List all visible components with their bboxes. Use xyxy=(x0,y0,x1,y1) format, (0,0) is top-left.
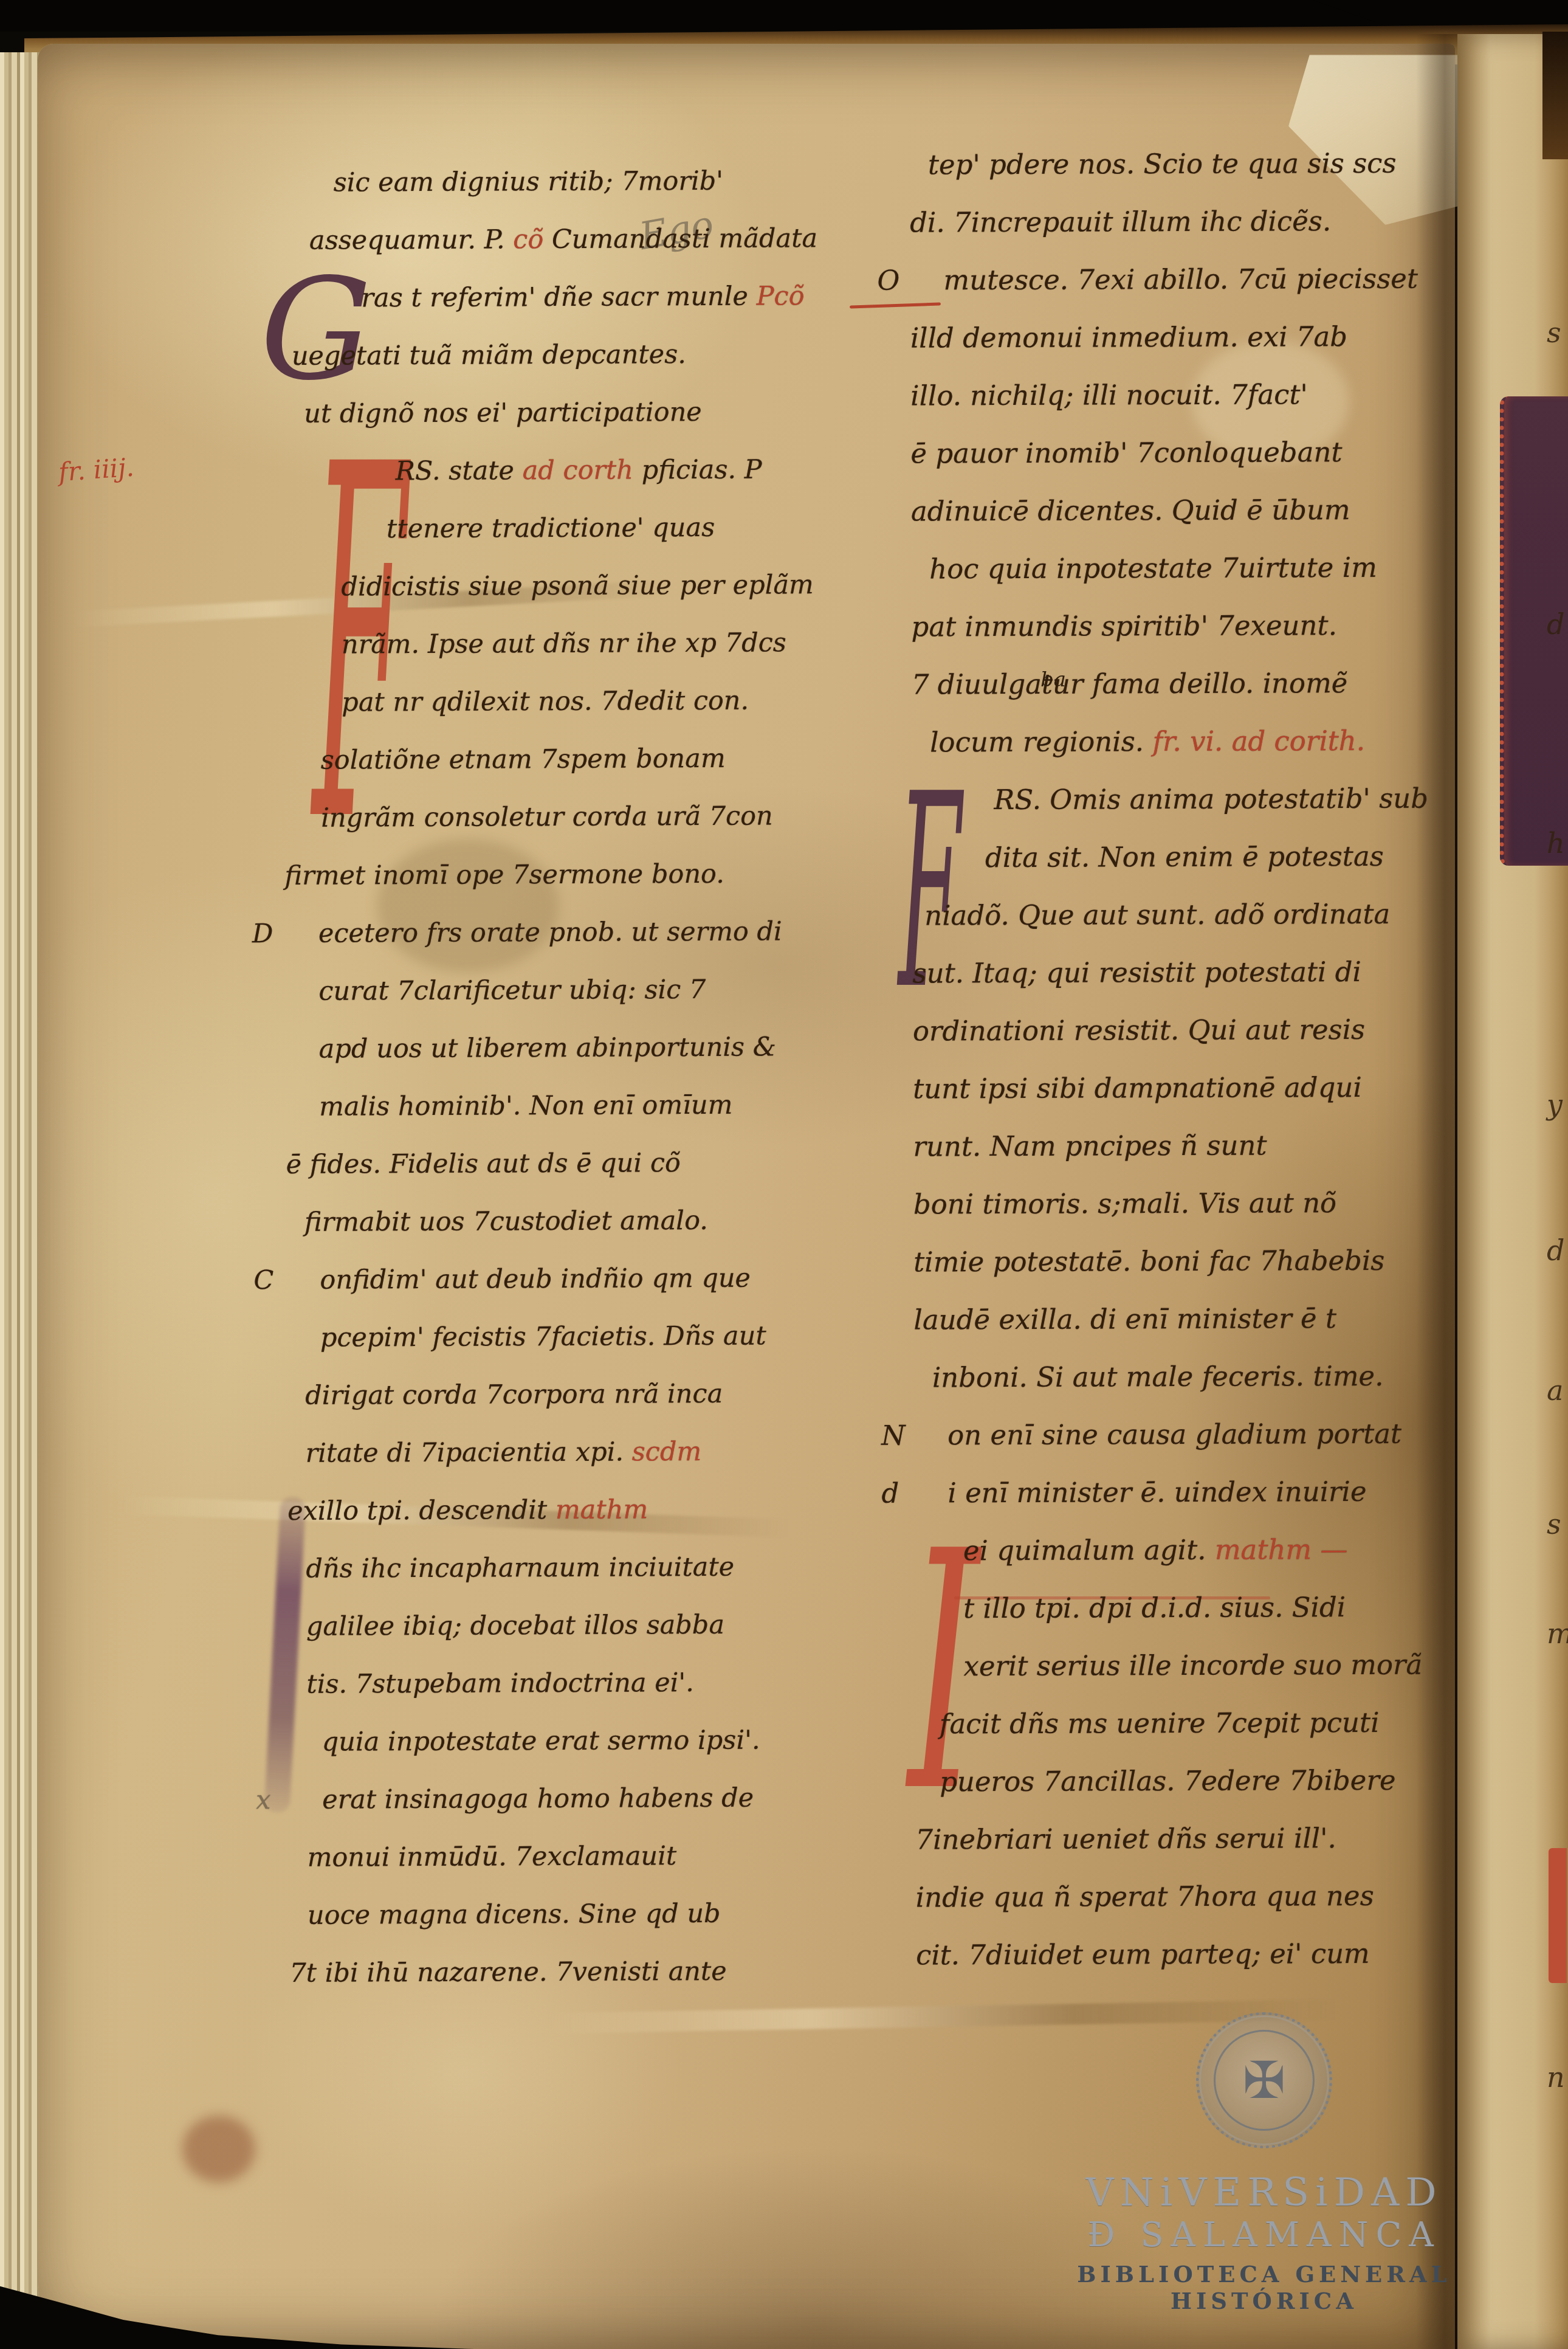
manuscript-line: ut dignõ nos ei' participatione xyxy=(283,383,833,443)
cut-off-letter: d xyxy=(1547,1234,1564,1267)
body-text: dita sit. Non enim ē potestas xyxy=(985,840,1384,874)
manuscript-line: Omutesce. 7exi abillo. 7cū piecisset xyxy=(910,249,1451,309)
body-text: timie potestatē. boni fac 7habebis xyxy=(913,1244,1384,1278)
manuscript-line: locum regionis. fr. vi. ad corith. xyxy=(912,711,1453,771)
manuscript-line: galilee ibiq; docebat illos sabba xyxy=(288,1596,838,1656)
manuscript-line: ttenere tradictione' quas xyxy=(283,498,833,559)
body-text: Cumandasti mãdata xyxy=(552,223,817,255)
body-text: sut. Itaq; qui resistit potestati di xyxy=(912,956,1361,990)
manuscript-line: xerit serius ille incorde suo morã xyxy=(915,1635,1456,1695)
rubric-text: scdm xyxy=(632,1437,702,1467)
cut-off-letter: h xyxy=(1547,827,1565,860)
manuscript-line: dñs ihc incapharnaum inciuitate xyxy=(287,1538,837,1598)
manuscript-line: ordinationi resistit. Qui aut resis xyxy=(913,1000,1454,1060)
body-text: RS. Omis anima potestatib' sub xyxy=(994,782,1428,816)
body-text: ecetero frs orate pnob. ut sermo di xyxy=(318,916,782,948)
cut-off-letter: s xyxy=(1547,1508,1561,1540)
body-text: assequamur. P. xyxy=(309,224,513,255)
manuscript-line: pcepim' fecistis 7facietis. Dñs aut xyxy=(287,1307,837,1367)
facing-page-edge xyxy=(1457,34,1568,2349)
body-text: cit. 7diuidet eum parteq; ei' cum xyxy=(916,1937,1370,1971)
body-text: malis hominib'. Non enī omīum xyxy=(319,1090,732,1122)
manuscript-line: didicistis siue psonã siue per eplãm xyxy=(283,556,833,616)
manuscript-line: tep' pdere nos. Scio te qua sis scs xyxy=(910,134,1451,193)
body-text: uoce magna dicens. Sine qd ub xyxy=(308,1899,721,1931)
rubric-text: ad corth xyxy=(523,455,642,486)
body-text: dñs ihc incapharnaum inciuitate xyxy=(306,1552,734,1584)
manuscript-line: ingrãm consoletur corda urã 7con xyxy=(284,787,834,847)
body-text: firmabit uos 7custodiet amalo. xyxy=(304,1206,708,1238)
manuscript-line: hoc quia inpotestate 7uirtute im xyxy=(911,538,1452,598)
body-text: tunt ipsi sibi dampnationē adqui xyxy=(913,1071,1362,1105)
body-text: pficias. P xyxy=(642,455,762,486)
manuscript-line: firmabit uos 7custodiet amalo. xyxy=(286,1192,836,1252)
manuscript-line: pueros 7ancillas. 7edere 7bibere xyxy=(915,1751,1456,1810)
manuscript-line: Decetero frs orate pnob. ut sermo di xyxy=(285,903,835,963)
body-text: locum regionis. xyxy=(930,725,1152,758)
body-text: onfidim' aut deub indñio qm que xyxy=(320,1263,751,1295)
body-text: galilee ibiq; docebat illos sabba xyxy=(306,1610,724,1642)
body-text: xerit serius ille incorde suo morã xyxy=(963,1649,1422,1683)
manuscript-line: niadõ. Que aut sunt. adõ ordinata xyxy=(912,885,1453,944)
body-text: ē fides. Fidelis aut ds ē qui cõ xyxy=(286,1148,681,1180)
line-initial-capital: D xyxy=(252,905,273,963)
manuscript-line: uoce magna dicens. Sine qd ub xyxy=(289,1885,839,1945)
body-text: pcepim' fecistis 7facietis. Dñs aut xyxy=(320,1321,766,1353)
body-text: firmet inomī ope 7sermone bono. xyxy=(284,859,724,891)
line-initial-capital: N xyxy=(881,1407,906,1464)
cut-off-letter: m xyxy=(1547,1617,1568,1650)
manuscript-line: ras t referim' dñe sacr munle Pcõ xyxy=(282,267,832,328)
manuscript-line: pat nr qdilexit nos. 7dedit con. xyxy=(284,672,834,732)
manuscript-line: timie potestatē. boni fac 7habebis xyxy=(913,1231,1454,1291)
manuscript-line: tunt ipsi sibi dampnationē adqui xyxy=(913,1058,1454,1117)
body-text: niadõ. Que aut sunt. adõ ordinata xyxy=(924,898,1390,932)
manuscript-line: indie qua ñ sperat 7hora qua nes xyxy=(916,1866,1457,1926)
body-text: tep' pdere nos. Scio te qua sis scs xyxy=(928,147,1397,181)
stamp-university-name: VNiVERSiDAD xyxy=(1033,2170,1495,2215)
body-text: uegetati tuã miãm depcantes. xyxy=(292,339,686,371)
manuscript-line: sut. Itaq; qui resistit potestati di xyxy=(912,942,1453,1002)
body-text: facit dñs ms uenire 7cepit pcuti xyxy=(940,1706,1380,1740)
manuscript-line: di enī minister ē. uindex inuirie xyxy=(914,1462,1455,1522)
manuscript-line: di. 7increpauit illum ihc dicẽs. xyxy=(910,191,1451,251)
manuscript-line: inboni. Si aut male feceris. time. xyxy=(914,1347,1455,1406)
manuscript-line: t illo tpi. dpi d.i.d. sius. Sidi xyxy=(915,1578,1456,1637)
body-text: tis. 7stupebam indoctrina ei'. xyxy=(306,1668,694,1700)
manuscript-line: ē pauor inomib' 7conloquebant xyxy=(910,423,1451,482)
manuscript-line: dita sit. Non enim ē potestas xyxy=(912,827,1453,886)
body-text: hoc quia inpotestate 7uirtute im xyxy=(929,551,1377,585)
body-text: adinuicē dicentes. Quid ē ūbum xyxy=(911,494,1350,528)
cut-off-letter: d xyxy=(1547,608,1564,641)
manuscript-line: RS. Omis anima potestatib' sub xyxy=(912,769,1453,829)
manuscript-line: ritate di 7ipacientia xpi. scdm xyxy=(287,1423,837,1483)
body-text: di. 7increpauit illum ihc dicẽs. xyxy=(910,205,1331,238)
body-text: ingrãm consoletur corda urã 7con xyxy=(321,801,773,833)
body-text: ttenere tradictione' quas xyxy=(387,512,715,544)
manuscript-line: monui inmūdū. 7exclamauit xyxy=(289,1827,839,1887)
line-initial-capital: C xyxy=(253,1252,273,1309)
right-text-column: tep' pdere nos. Scio te qua sis scsdi. 7… xyxy=(910,134,1457,1984)
left-text-column: sic eam dignius ritib; 7morib'assequamur… xyxy=(281,152,839,2002)
manuscript-line: dirigat corda 7corpora nrã inca xyxy=(287,1365,837,1425)
body-text: boni timoris. s;mali. Vis aut nõ xyxy=(913,1187,1337,1220)
manuscript-line: boni timoris. s;mali. Vis aut nõ xyxy=(913,1173,1454,1233)
rubric-text: mathm — xyxy=(1215,1533,1348,1566)
manuscript-line: adinuicē dicentes. Quid ē ūbum xyxy=(911,480,1452,540)
body-text: 7t ibi ihū nazarene. 7venisti ante xyxy=(289,1956,727,1989)
manuscript-line: 7t ibi ihū nazarene. 7venisti ante xyxy=(289,1942,839,2002)
manuscript-line: xerat insinagoga homo habens de xyxy=(289,1769,839,1829)
stamp-university-name-2: Ð SALAMANCA xyxy=(1033,2215,1495,2255)
manuscript-line: runt. Nam pncipes ñ sunt xyxy=(913,1116,1454,1175)
cut-off-letter: y xyxy=(1547,1088,1563,1121)
manuscript-line: 7 diuulgatur fama deillo. inomẽ xyxy=(912,654,1453,713)
body-text: illo. nichilq; illi nocuit. 7fact' xyxy=(910,378,1308,412)
cut-off-letter: s xyxy=(1547,316,1561,349)
body-text: sic eam dignius ritib; 7morib' xyxy=(333,166,723,198)
margin-rubric-note: fr. iiij. xyxy=(57,452,135,488)
body-text: apd uos ut liberem abinportunis & xyxy=(319,1032,776,1064)
manuscript-line: curat 7clarificetur ubiq: sic 7 xyxy=(285,961,835,1021)
rubric-text: fr. vi. ad corith. xyxy=(1152,725,1365,757)
manuscript-line: 7inebriari ueniet dñs serui ill'. xyxy=(915,1809,1456,1868)
manuscript-photo: sdhydasmn G F F I fr. iiij. Ego ba sic e… xyxy=(0,0,1568,2349)
manuscript-line: exillo tpi. descendit mathm xyxy=(287,1480,837,1540)
manuscript-line: apd uos ut liberem abinportunis & xyxy=(286,1018,836,1078)
body-text: ritate di 7ipacientia xpi. xyxy=(306,1437,632,1468)
manuscript-line: pat inmundis spiritib' 7exeunt. xyxy=(911,596,1452,655)
body-text: ordinationi resistit. Qui aut resis xyxy=(913,1013,1365,1047)
body-text: erat insinagoga homo habens de xyxy=(322,1783,754,1815)
stain xyxy=(182,2116,255,2182)
manuscript-line: malis hominib'. Non enī omīum xyxy=(286,1076,836,1136)
library-stamp: ✠ VNiVERSiDAD Ð SALAMANCA BIBLIOTECA GEN… xyxy=(1033,2012,1495,2314)
body-text: ut dignõ nos ei' participatione xyxy=(304,397,702,429)
manuscript-line: solatiõne etnam 7spem bonam xyxy=(284,730,834,790)
manuscript-line: quia inpotestate erat sermo ipsi'. xyxy=(289,1711,839,1771)
manuscript-line: nrãm. Ipse aut dñs nr ihe xp 7dcs xyxy=(284,614,834,674)
body-text: didicistis siue psonã siue per eplãm xyxy=(341,570,814,602)
body-text: curat 7clarificetur ubiq: sic 7 xyxy=(318,974,706,1007)
manuscript-line: cit. 7diuidet eum parteq; ei' cum xyxy=(916,1924,1457,1984)
body-text: on enī sine causa gladium portat xyxy=(947,1418,1401,1452)
body-text: ē pauor inomib' 7conloquebant xyxy=(910,436,1342,469)
body-text: quia inpotestate erat sermo ipsi'. xyxy=(322,1725,760,1757)
body-text: ei quimalum agit. xyxy=(963,1534,1215,1567)
binding-edge xyxy=(1542,32,1568,159)
cut-off-letter: a xyxy=(1547,1374,1563,1407)
rubric-text: mathm xyxy=(555,1494,648,1525)
line-initial-capital: O xyxy=(877,252,899,309)
body-text: dirigat corda 7corpora nrã inca xyxy=(305,1379,723,1411)
university-seal-icon: ✠ xyxy=(1196,2012,1332,2148)
body-text: pat nr qdilexit nos. 7dedit con. xyxy=(342,686,749,718)
seal-center-icon: ✠ xyxy=(1214,2030,1315,2131)
body-text: exillo tpi. descendit xyxy=(287,1495,555,1526)
manuscript-line: assequamur. P. cõ Cumandasti mãdata xyxy=(282,210,832,270)
body-text: ras t referim' dñe sacr munle xyxy=(361,281,756,314)
body-text: i enī minister ē. uindex inuirie xyxy=(947,1475,1366,1509)
stamp-library-name: BIBLIOTECA GENERAL HISTÓRICA xyxy=(1033,2261,1495,2314)
manuscript-line: Non enī sine causa gladium portat xyxy=(914,1404,1455,1464)
manuscript-line: illd demonui inmedium. exi 7ab xyxy=(910,307,1451,367)
rubric-text: Pcõ xyxy=(756,281,804,311)
manuscript-line: firmet inomī ope 7sermone bono. xyxy=(284,845,834,905)
cut-off-letter: n xyxy=(1547,2061,1565,2094)
facing-page-red-initial xyxy=(1549,1848,1567,1983)
line-initial-capital: d xyxy=(881,1464,899,1522)
body-text: t illo tpi. dpi d.i.d. sius. Sidi xyxy=(963,1591,1346,1624)
body-text: indie qua ñ sperat 7hora qua nes xyxy=(916,1880,1374,1914)
body-text: pat inmundis spiritib' 7exeunt. xyxy=(911,609,1337,643)
body-text: illd demonui inmedium. exi 7ab xyxy=(910,320,1347,354)
manuscript-line: ē fides. Fidelis aut ds ē qui cõ xyxy=(286,1134,836,1194)
manuscript-line: Confidim' aut deub indñio qm que xyxy=(286,1249,836,1309)
body-text: pueros 7ancillas. 7edere 7bibere xyxy=(940,1764,1396,1798)
body-text: monui inmūdū. 7exclamauit xyxy=(307,1841,676,1873)
body-text: mutesce. 7exi abillo. 7cū piecisset xyxy=(943,263,1418,297)
manuscript-line: ei quimalum agit. mathm — xyxy=(915,1520,1456,1579)
body-text: laudē exilla. di enī minister ē t xyxy=(913,1302,1336,1336)
manuscript-line: RS. state ad corth pficias. P xyxy=(283,441,833,501)
manuscript-line: uegetati tuã miãm depcantes. xyxy=(283,325,833,385)
body-text: nrãm. Ipse aut dñs nr ihe xp 7dcs xyxy=(342,627,786,660)
manuscript-line: laudē exilla. di enī minister ē t xyxy=(913,1289,1454,1348)
manuscript-line: sic eam dignius ritib; 7morib' xyxy=(281,152,831,212)
body-text: inboni. Si aut male feceris. time. xyxy=(932,1360,1384,1394)
manuscript-line: illo. nichilq; illi nocuit. 7fact' xyxy=(910,365,1451,424)
body-text: runt. Nam pncipes ñ sunt xyxy=(913,1130,1267,1163)
manuscript-line: tis. 7stupebam indoctrina ei'. xyxy=(288,1654,838,1714)
body-text: solatiõne etnam 7spem bonam xyxy=(321,743,726,776)
body-text: 7inebriari ueniet dñs serui ill'. xyxy=(915,1822,1336,1855)
line-initial-capital: x xyxy=(256,1771,271,1829)
body-text: RS. state xyxy=(396,455,523,486)
rubric-text: cõ xyxy=(513,224,552,255)
body-text: 7 diuulgatur fama deillo. inomẽ xyxy=(912,667,1348,701)
manuscript-line: facit dñs ms uenire 7cepit pcuti xyxy=(915,1693,1456,1753)
